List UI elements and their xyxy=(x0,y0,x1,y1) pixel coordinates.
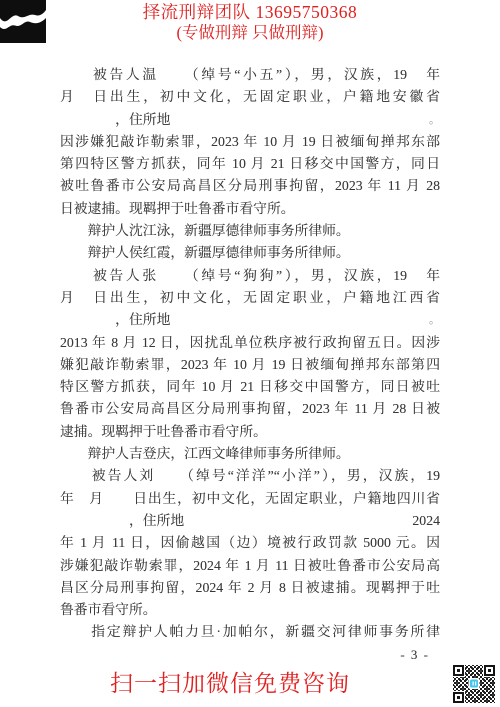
watermark-header: 择流刑辩团队 13695750368 (专做刑辩 只做刑辩) xyxy=(0,2,500,42)
law-team-phone-line: 择流刑辩团队 13695750368 xyxy=(0,2,500,23)
qr-code-icon xyxy=(452,664,496,704)
body-line: 鲁番市看守所。 xyxy=(60,599,440,621)
wechat-qr-code xyxy=(452,664,496,704)
body-line: 月 日出生，初中文化，无固定职业，户籍地安徽省 xyxy=(60,86,440,108)
body-line: 被告人温 （绰号“小五”），男，汉族，19 年 xyxy=(60,64,440,86)
body-line-right-mark: 。 xyxy=(429,109,440,131)
body-line: ，住所地 2024 xyxy=(60,510,440,532)
document-body: 被告人温 （绰号“小五”），男，汉族，19 年 月 日出生，初中文化，无固定职业… xyxy=(60,64,440,644)
body-line: 被告人刘 （绰号“洋洋”“小洋”），男，汉族，19 xyxy=(60,465,440,487)
body-line-text: ，住所地 xyxy=(60,510,184,532)
body-line: 年 月 日出生，初中文化，无固定职业，户籍地四川省 xyxy=(60,488,440,510)
body-line: 辩护人吉登庆，江西文峰律师事务所律师。 xyxy=(60,443,440,465)
law-team-slogan-line: (专做刑辩 只做刑辩) xyxy=(0,23,500,42)
body-line: 特区警方抓获，同年 10 月 21 日移交中国警方，同日被吐 xyxy=(60,376,440,398)
body-line: 因涉嫌犯敲诈勒索罪，2023 年 10 月 19 日被缅甸掸邦东部 xyxy=(60,131,440,153)
body-line-text: ，住所地 xyxy=(60,309,170,331)
body-line: 月 日出生，初中文化，无固定职业，户籍地江西省 xyxy=(60,287,440,309)
body-line: 昌区分局刑事拘留，2024 年 2 月 8 日被逮捕。现羁押于吐 xyxy=(60,577,440,599)
document-page: 择流刑辩团队 13695750368 (专做刑辩 只做刑辩) 被告人温 （绰号“… xyxy=(0,0,500,707)
body-line: 鲁番市公安局高昌区分局刑事拘留，2023 年 11 月 28 日被 xyxy=(60,398,440,420)
body-line: 第四特区警方抓获，同年 10 月 21 日移交中国警方，同日 xyxy=(60,153,440,175)
body-line: 嫌犯敲诈勒索罪，2023 年 10 月 19 日被缅甸掸邦东部第四 xyxy=(60,354,440,376)
body-line: 辩护人侯红霞，新疆厚德律师事务所律师。 xyxy=(60,242,440,264)
body-line-right-year: 2024 xyxy=(412,510,440,532)
wechat-promo-text: 扫一扫加微信免费咨询 xyxy=(0,669,460,699)
body-line: 辩护人沈江泳，新疆厚德律师事务所律师。 xyxy=(60,220,440,242)
body-line: 年 1 月 11 日，因偷越国（边）境被行政罚款 5000 元。因 xyxy=(60,532,440,554)
body-line: 涉嫌犯敲诈勒索罪，2024 年 1 月 11 日被吐鲁番市公安局高 xyxy=(60,555,440,577)
body-line: 2013 年 8 月 12 日，因扰乱单位秩序被行政拘留五日。因涉 xyxy=(60,332,440,354)
body-line: ，住所地 。 xyxy=(60,109,440,131)
body-line-text: ，住所地 xyxy=(60,109,170,131)
body-line: 指定辩护人帕力旦·加帕尔，新疆交河律师事务所律 xyxy=(60,621,440,643)
body-line: 被告人张 （绰号“狗狗”），男，汉族，19 年 xyxy=(60,265,440,287)
body-line: 逮捕。现羁押于吐鲁番市看守所。 xyxy=(60,421,440,443)
body-line: 日被逮捕。现羁押于吐鲁番市看守所。 xyxy=(60,198,440,220)
body-line: 被吐鲁番市公安局高昌区分局刑事拘留，2023 年 11 月 28 xyxy=(60,175,440,197)
page-number: - 3 - xyxy=(400,647,428,663)
body-line: ，住所地 。 xyxy=(60,309,440,331)
body-line-right-mark: 。 xyxy=(429,309,440,331)
